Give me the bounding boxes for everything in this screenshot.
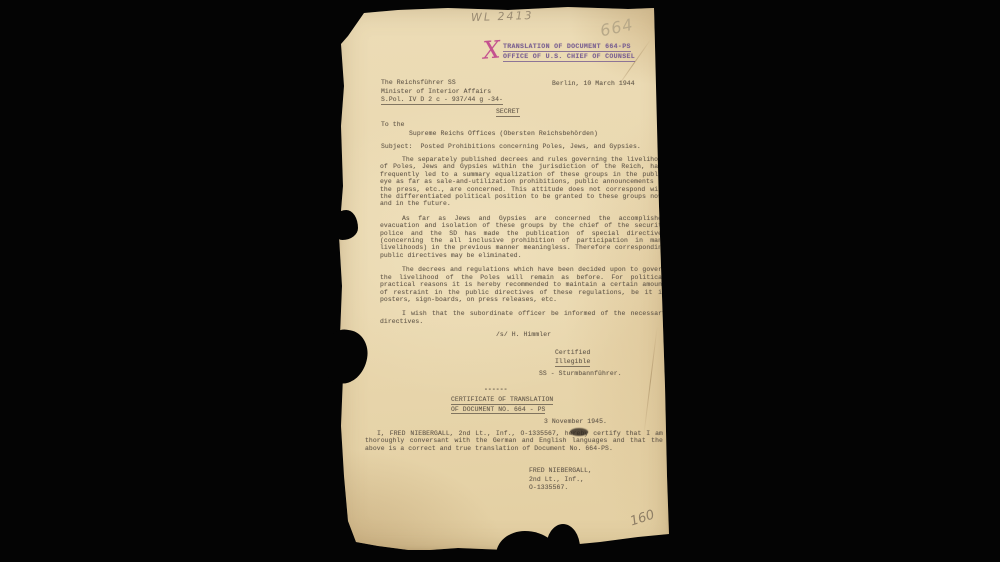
- certificate-statement: I, FRED NIEBERGALL, 2nd Lt., Inf., O-133…: [365, 430, 663, 452]
- certified-label: Certified: [555, 348, 590, 357]
- body-paragraph-4: I wish that the subordinate officer be i…: [380, 310, 666, 325]
- certificate-date: 3 November 1945.: [544, 418, 607, 425]
- signature-rank: SS - Sturmbannführer.: [539, 370, 622, 377]
- certificate-title-line-1: CERTIFICATE OF TRANSLATION: [451, 396, 553, 405]
- torn-hole-upper-left: [332, 210, 358, 240]
- document-page: WL 2413 664 X TRANSLATION OF DOCUMENT 66…: [338, 6, 670, 550]
- dateline: Berlin, 10 March 1944: [552, 80, 635, 87]
- certified-name: Illegible: [555, 358, 590, 367]
- ink-smudge: [570, 428, 588, 436]
- classification-heading: SECRET: [496, 108, 520, 117]
- stamp-line-2: OFFICE OF U.S. CHIEF OF COUNSEL: [503, 53, 635, 62]
- handwritten-page-number: 160: [628, 508, 656, 530]
- translator-name: FRED NIEBERGALL,: [529, 467, 592, 476]
- body-paragraph-2: As far as Jews and Gypsies are concerned…: [380, 215, 666, 259]
- signature-himmler: /s/ H. Himmler: [496, 331, 551, 338]
- reference-number: S.Pol. IV D 2 c - 937/44 g -34-: [381, 96, 503, 105]
- translator-serial: O-1335567.: [529, 484, 592, 493]
- body-paragraph-3: The decrees and regulations which have b…: [380, 266, 666, 303]
- paper-crease: [643, 326, 657, 435]
- translator-rank: 2nd Lt., Inf.,: [529, 476, 592, 485]
- address-to: To the: [381, 121, 405, 128]
- sender-line-2: Minister of Interior Affairs: [381, 88, 503, 97]
- section-divider: ------: [484, 386, 508, 393]
- stamp-x-mark: X: [482, 37, 501, 62]
- handwritten-catalog-number: WL 2413: [471, 9, 534, 24]
- stamp-line-1: TRANSLATION OF DOCUMENT 664-PS: [503, 43, 631, 52]
- handwritten-doc-number: 664: [598, 15, 635, 41]
- sender-line-1: The Reichsführer SS: [381, 79, 503, 88]
- photo-background: WL 2413 664 X TRANSLATION OF DOCUMENT 66…: [0, 0, 1000, 562]
- body-paragraph-1: The separately published decrees and rul…: [380, 156, 666, 208]
- address-recipient: Supreme Reichs Offices (Obersten Reichsb…: [409, 130, 598, 137]
- subject-text: Posted Prohibitions concerning Poles, Je…: [420, 143, 640, 150]
- certificate-title-line-2: OF DOCUMENT NO. 664 - PS: [451, 406, 545, 415]
- subject-label: Subject:: [381, 143, 412, 150]
